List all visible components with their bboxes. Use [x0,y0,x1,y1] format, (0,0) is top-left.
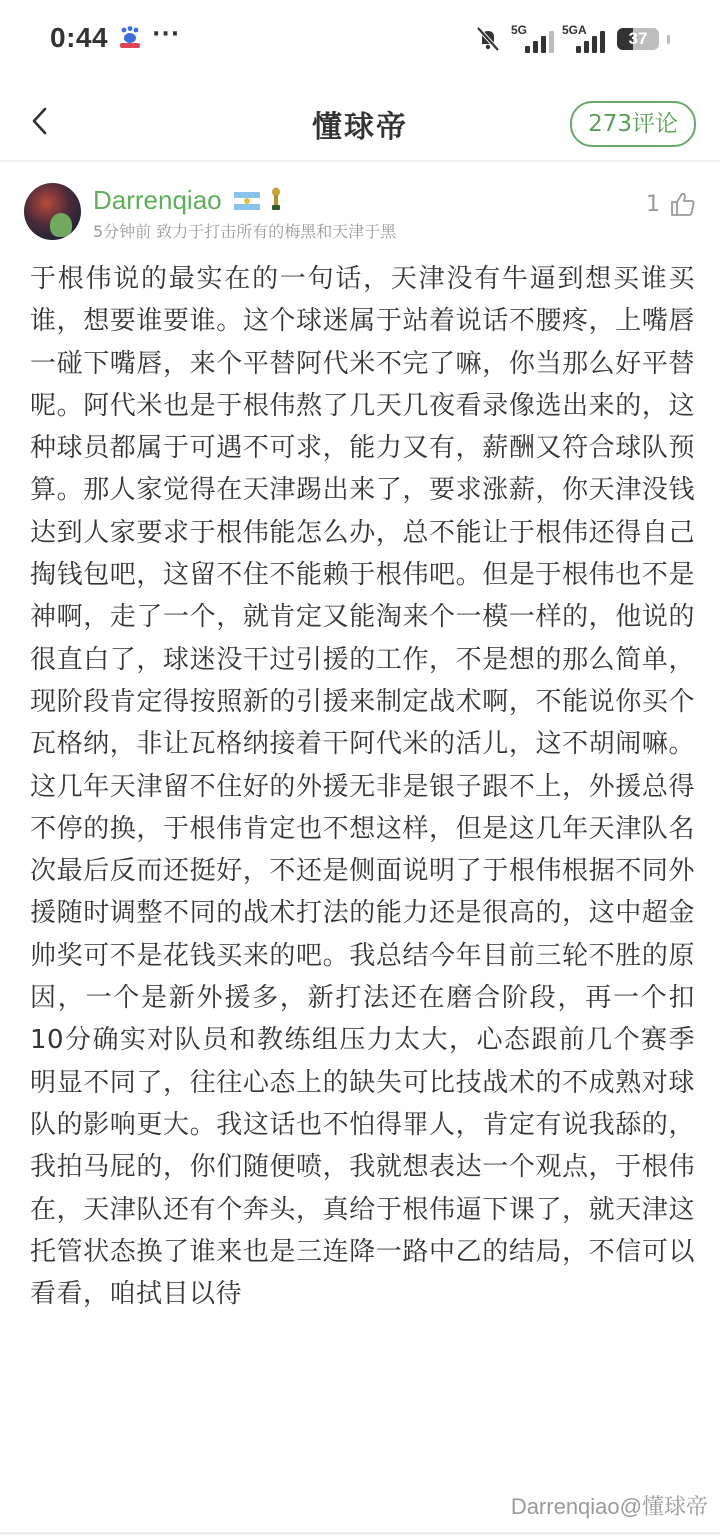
thumbs-up-icon [670,191,696,217]
post-header: Darrenqiao 5分钟前 致力于打击所有的梅黑和天津于黑 1 [24,183,696,243]
status-time: 0:44 [50,22,108,54]
network-label-5g: 5G [511,23,527,37]
author-name[interactable]: Darrenqiao [93,185,222,216]
battery-tip [667,35,670,44]
post-meta: 5分钟前 致力于打击所有的梅黑和天津于黑 [93,219,396,242]
signal-5g: 5G [511,25,554,53]
signal-bars-icon [525,29,554,53]
network-label-5ga: 5GA [562,23,587,37]
watermark: Darrenqiao@懂球帝 [511,1490,708,1521]
status-bar: 0:44 ··· 5G 5GA [0,0,720,80]
nav-bar: 懂球帝 273评论 [0,80,720,162]
battery-level: 37 [617,29,659,49]
signal-5ga: 5GA [562,25,605,53]
baidu-app-icon [116,26,144,52]
world-cup-trophy-icon [270,187,282,211]
like-button[interactable]: 1 [646,191,696,217]
like-count: 1 [646,192,660,217]
muted-bell-icon [473,26,503,52]
avatar-image [50,213,72,237]
more-notifications-icon: ··· [152,22,180,47]
battery-icon: 37 [617,28,659,50]
argentina-flag-icon [234,192,260,210]
status-icons: 5G 5GA 37 [473,24,670,54]
post-body: 于根伟说的最实在的一句话，天津没有牛逼到想买谁买谁，想要谁要谁。这个球迷属于站着… [30,258,695,1315]
avatar[interactable] [24,183,81,240]
comments-button[interactable]: 273评论 [570,101,696,147]
